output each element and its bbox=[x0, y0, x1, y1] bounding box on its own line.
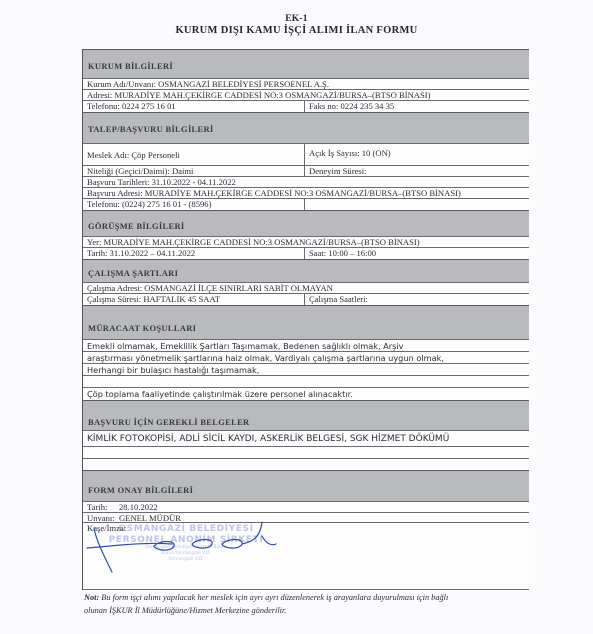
application-address: Başvuru Adresi: MURADİYE MAH.ÇEKİRGE CAD… bbox=[83, 188, 529, 198]
section-gorusme-header: GÖRÜŞME BİLGİLERİ bbox=[83, 210, 529, 236]
section-title: KURUM BİLGİLERİ bbox=[88, 61, 173, 71]
footer-note-line2: olunan İŞKUR İl Müdürlüğüne/Hizmet Merke… bbox=[84, 606, 286, 615]
required-documents: KİMLİK FOTOKOPİSİ, ADLİ SİCİL KAYDI, ASK… bbox=[83, 431, 529, 446]
condition-line: Çöp toplama faaliyetinde çalıştırılmak ü… bbox=[83, 387, 529, 400]
section-onay-header: FORM ONAY BİLGİLERİ bbox=[83, 470, 529, 501]
kurum-contact-row: Telefonu: 0224 275 16 01 Faks no: 0224 2… bbox=[83, 100, 529, 112]
occupation: Meslek Adı: Çöp Personeli bbox=[83, 144, 304, 165]
talep-type-row: Niteliği (Geçici/Daimi): Daimi Deneyim S… bbox=[83, 165, 529, 176]
kurum-address: Adresi: MURADİYE MAH.ÇEKİRGE CADDESİ NO:… bbox=[83, 90, 529, 100]
gorusme-place-row: Yer: MURADİYE MAH.ÇEKİRGE CADDESİ NO:3 O… bbox=[83, 236, 529, 247]
empty-cell bbox=[304, 199, 529, 210]
application-phone: Telefonu: (0224) 275 16 01 - (8596) bbox=[83, 199, 304, 210]
empty-row bbox=[83, 446, 529, 458]
interview-place: Yer: MURADİYE MAH.ÇEKİRGE CADDESİ NO:3 O… bbox=[83, 237, 529, 247]
interview-date: Tarih: 31.10.2022 – 04.11.2022 bbox=[83, 248, 304, 259]
annex-label: EK-1 bbox=[0, 14, 593, 24]
footer-note-line1: Not: Bu form işçi alımı yapılacak her me… bbox=[84, 593, 448, 602]
section-title: BAŞVURU İÇİN GEREKLİ BELGELER bbox=[88, 417, 250, 427]
note-label: Not: bbox=[84, 593, 99, 602]
interview-time: Saat: 10:00 – 16:00 bbox=[304, 248, 529, 259]
talep-address-row: Başvuru Adresi: MURADİYE MAH.ÇEKİRGE CAD… bbox=[83, 187, 529, 198]
form-title: KURUM DIŞI KAMU İŞÇİ ALIMI İLAN FORMU bbox=[0, 25, 593, 36]
talep-dates-row: Başvuru Tarihleri: 31.10.2022 - 04.11.20… bbox=[83, 176, 529, 187]
condition-line: Emekli olmamak, Emeklilik Şartları Taşım… bbox=[83, 339, 529, 351]
condition-line: Herhangi bir bulaşıcı hastalığı taşımama… bbox=[83, 363, 529, 375]
calisma-duration-row: Çalışma Süresi: HAFTALIK 45 SAAT Çalışma… bbox=[83, 293, 529, 305]
kurum-fax: Faks no: 0224 235 34 35 bbox=[304, 101, 529, 112]
gorusme-datetime-row: Tarih: 31.10.2022 – 04.11.2022 Saat: 10:… bbox=[83, 247, 529, 259]
employment-type: Niteliği (Geçici/Daimi): Daimi bbox=[83, 166, 304, 176]
work-hours: Çalışma Saatleri: bbox=[304, 294, 529, 305]
calisma-address-row: Çalışma Adresi: OSMANGAZİ İLÇE SINIRLARI… bbox=[83, 282, 529, 293]
work-address: Çalışma Adresi: OSMANGAZİ İLÇE SINIRLARI… bbox=[83, 283, 529, 293]
experience: Deneyim Süresi: bbox=[304, 166, 529, 176]
application-dates: Başvuru Tarihleri: 31.10.2022 - 04.11.20… bbox=[83, 177, 529, 187]
section-title: FORM ONAY BİLGİLERİ bbox=[88, 485, 193, 495]
kurum-name-row: Kurum Adı/Unvanı: OSMANGAZİ BELEDİYESİ P… bbox=[83, 78, 529, 89]
kurum-name: Kurum Adı/Unvanı: OSMANGAZİ BELEDİYESİ P… bbox=[83, 79, 529, 89]
work-duration: Çalışma Süresi: HAFTALIK 45 SAAT bbox=[83, 294, 304, 305]
date-label: Tarih: bbox=[83, 502, 115, 512]
open-positions: Açık İş Sayısı: 10 (ON) bbox=[304, 144, 529, 165]
talep-phone-row: Telefonu: (0224) 275 16 01 - (8596) bbox=[83, 198, 529, 210]
section-calisma-header: ÇALIŞMA ŞARTLARI bbox=[83, 259, 529, 282]
section-muracaat-header: MÜRACAAT KOŞULLARI bbox=[83, 305, 529, 339]
section-title: ÇALIŞMA ŞARTLARI bbox=[88, 268, 178, 278]
date-value: 28.10.2022 bbox=[115, 502, 529, 512]
documents-row: KİMLİK FOTOKOPİSİ, ADLİ SİCİL KAYDI, ASK… bbox=[83, 430, 529, 446]
section-talep-header: TALEP/BAŞVURU BİLGİLERİ bbox=[83, 112, 529, 143]
section-title: MÜRACAAT KOŞULLARI bbox=[88, 323, 196, 333]
kurum-phone: Telefonu: 0224 275 16 01 bbox=[83, 101, 304, 112]
signature-icon bbox=[82, 520, 282, 580]
section-kurum-header: KURUM BİLGİLERİ bbox=[83, 49, 529, 78]
condition-line bbox=[83, 375, 529, 387]
onay-date-row: Tarih: 28.10.2022 bbox=[83, 501, 529, 512]
section-belgeler-header: BAŞVURU İÇİN GEREKLİ BELGELER bbox=[83, 400, 529, 430]
condition-line: araştırması yönetmelik şartlarına haiz o… bbox=[83, 351, 529, 363]
talep-occupation-row: Meslek Adı: Çöp Personeli Açık İş Sayısı… bbox=[83, 143, 529, 165]
kurum-address-row: Adresi: MURADİYE MAH.ÇEKİRGE CADDESİ NO:… bbox=[83, 89, 529, 100]
section-title: TALEP/BAŞVURU BİLGİLERİ bbox=[88, 124, 214, 134]
empty-row bbox=[83, 458, 529, 470]
section-title: GÖRÜŞME BİLGİLERİ bbox=[88, 221, 185, 231]
